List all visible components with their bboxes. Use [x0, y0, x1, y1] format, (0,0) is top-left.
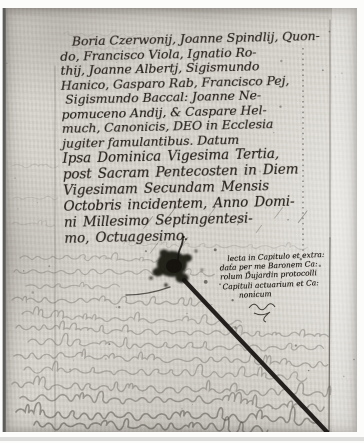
manuscript-page: Boria Czerwonij, Joanne Spindlij, Quon- … [6, 8, 357, 432]
margin-note: lecta in Capitulo et extra: data per me … [219, 250, 331, 301]
ink-blot [149, 250, 203, 287]
manuscript-photo: Boria Czerwonij, Joanne Spindlij, Quon- … [0, 0, 364, 443]
note-flourish [249, 304, 275, 322]
main-text-block: Boria Czerwonij, Joanne Spindlij, Quon- … [60, 29, 317, 247]
scan-bottom-bar [0, 437, 364, 441]
